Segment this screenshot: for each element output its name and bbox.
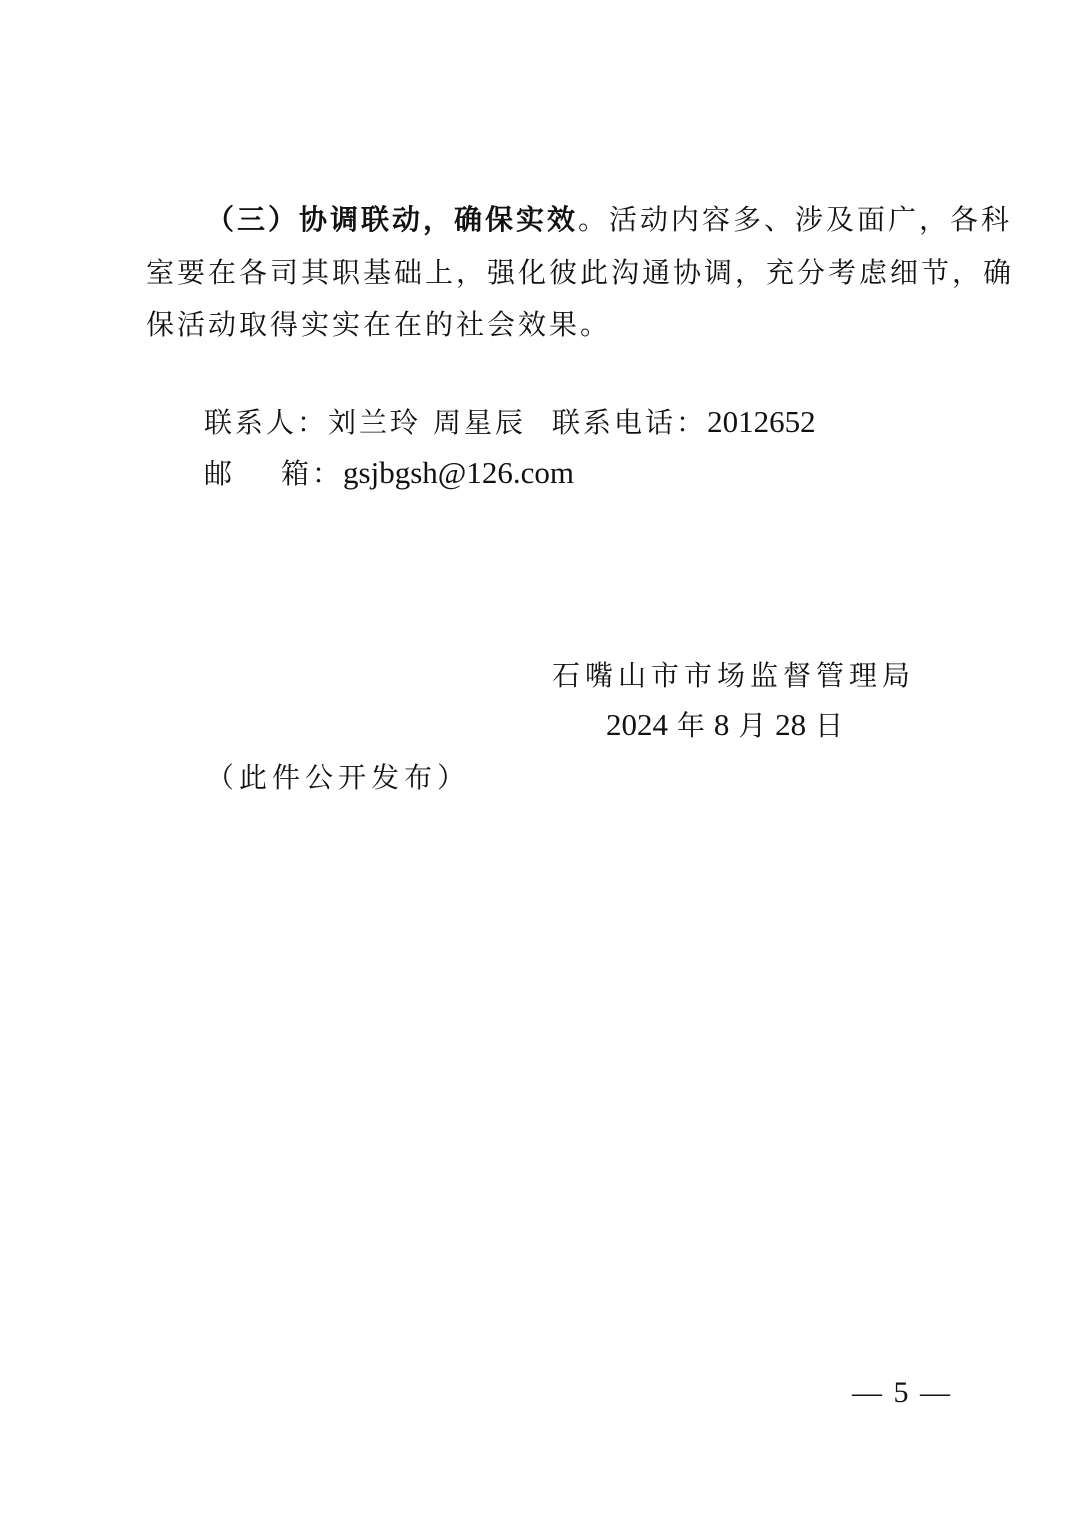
section-3-heading-period: 。 [578,203,609,236]
disclosure-note: （此件公开发布） [206,760,470,796]
contact-phone: 2012652 [707,404,816,439]
section-3-line-1: （三）协调联动，确保实效。活动内容多、涉及面广，各科 [206,202,1012,238]
date-month: 8 [714,707,730,742]
section-3-text-1: 活动内容多、涉及面广，各科 [609,203,1012,236]
section-3-line-3: 保活动取得实实在在的社会效果。 [146,307,611,343]
contact-email: gsjbgsh@126.com [343,455,574,490]
date-year: 2024 [606,707,668,742]
issue-date: 2024 年 8 月 28 日 [606,707,843,744]
date-year-unit: 年 [677,709,705,742]
email-label-char-2: 箱： [281,457,343,490]
page-number: — 5 — [852,1375,952,1411]
contact-persons-line: 联系人：刘兰玲周星辰联系电话：2012652 [204,404,816,441]
contact-email-line: 邮箱：gsjbgsh@126.com [204,455,574,492]
date-day: 28 [775,707,806,742]
email-label-char-1: 邮 [204,457,235,490]
date-day-unit: 日 [815,709,843,742]
section-3-line-2: 室要在各司其职基础上，强化彼此沟通协调，充分考虑细节，确 [146,255,1014,291]
date-month-unit: 月 [738,709,766,742]
section-3-heading: （三）协调联动，确保实效 [206,203,578,236]
contact-person-2: 周星辰 [433,406,526,439]
contact-person-label: 联系人： [204,406,328,439]
contact-person-1: 刘兰玲 [328,406,421,439]
contact-phone-label: 联系电话： [552,406,707,439]
issuing-organization: 石嘴山市市场监督管理局 [552,658,915,694]
